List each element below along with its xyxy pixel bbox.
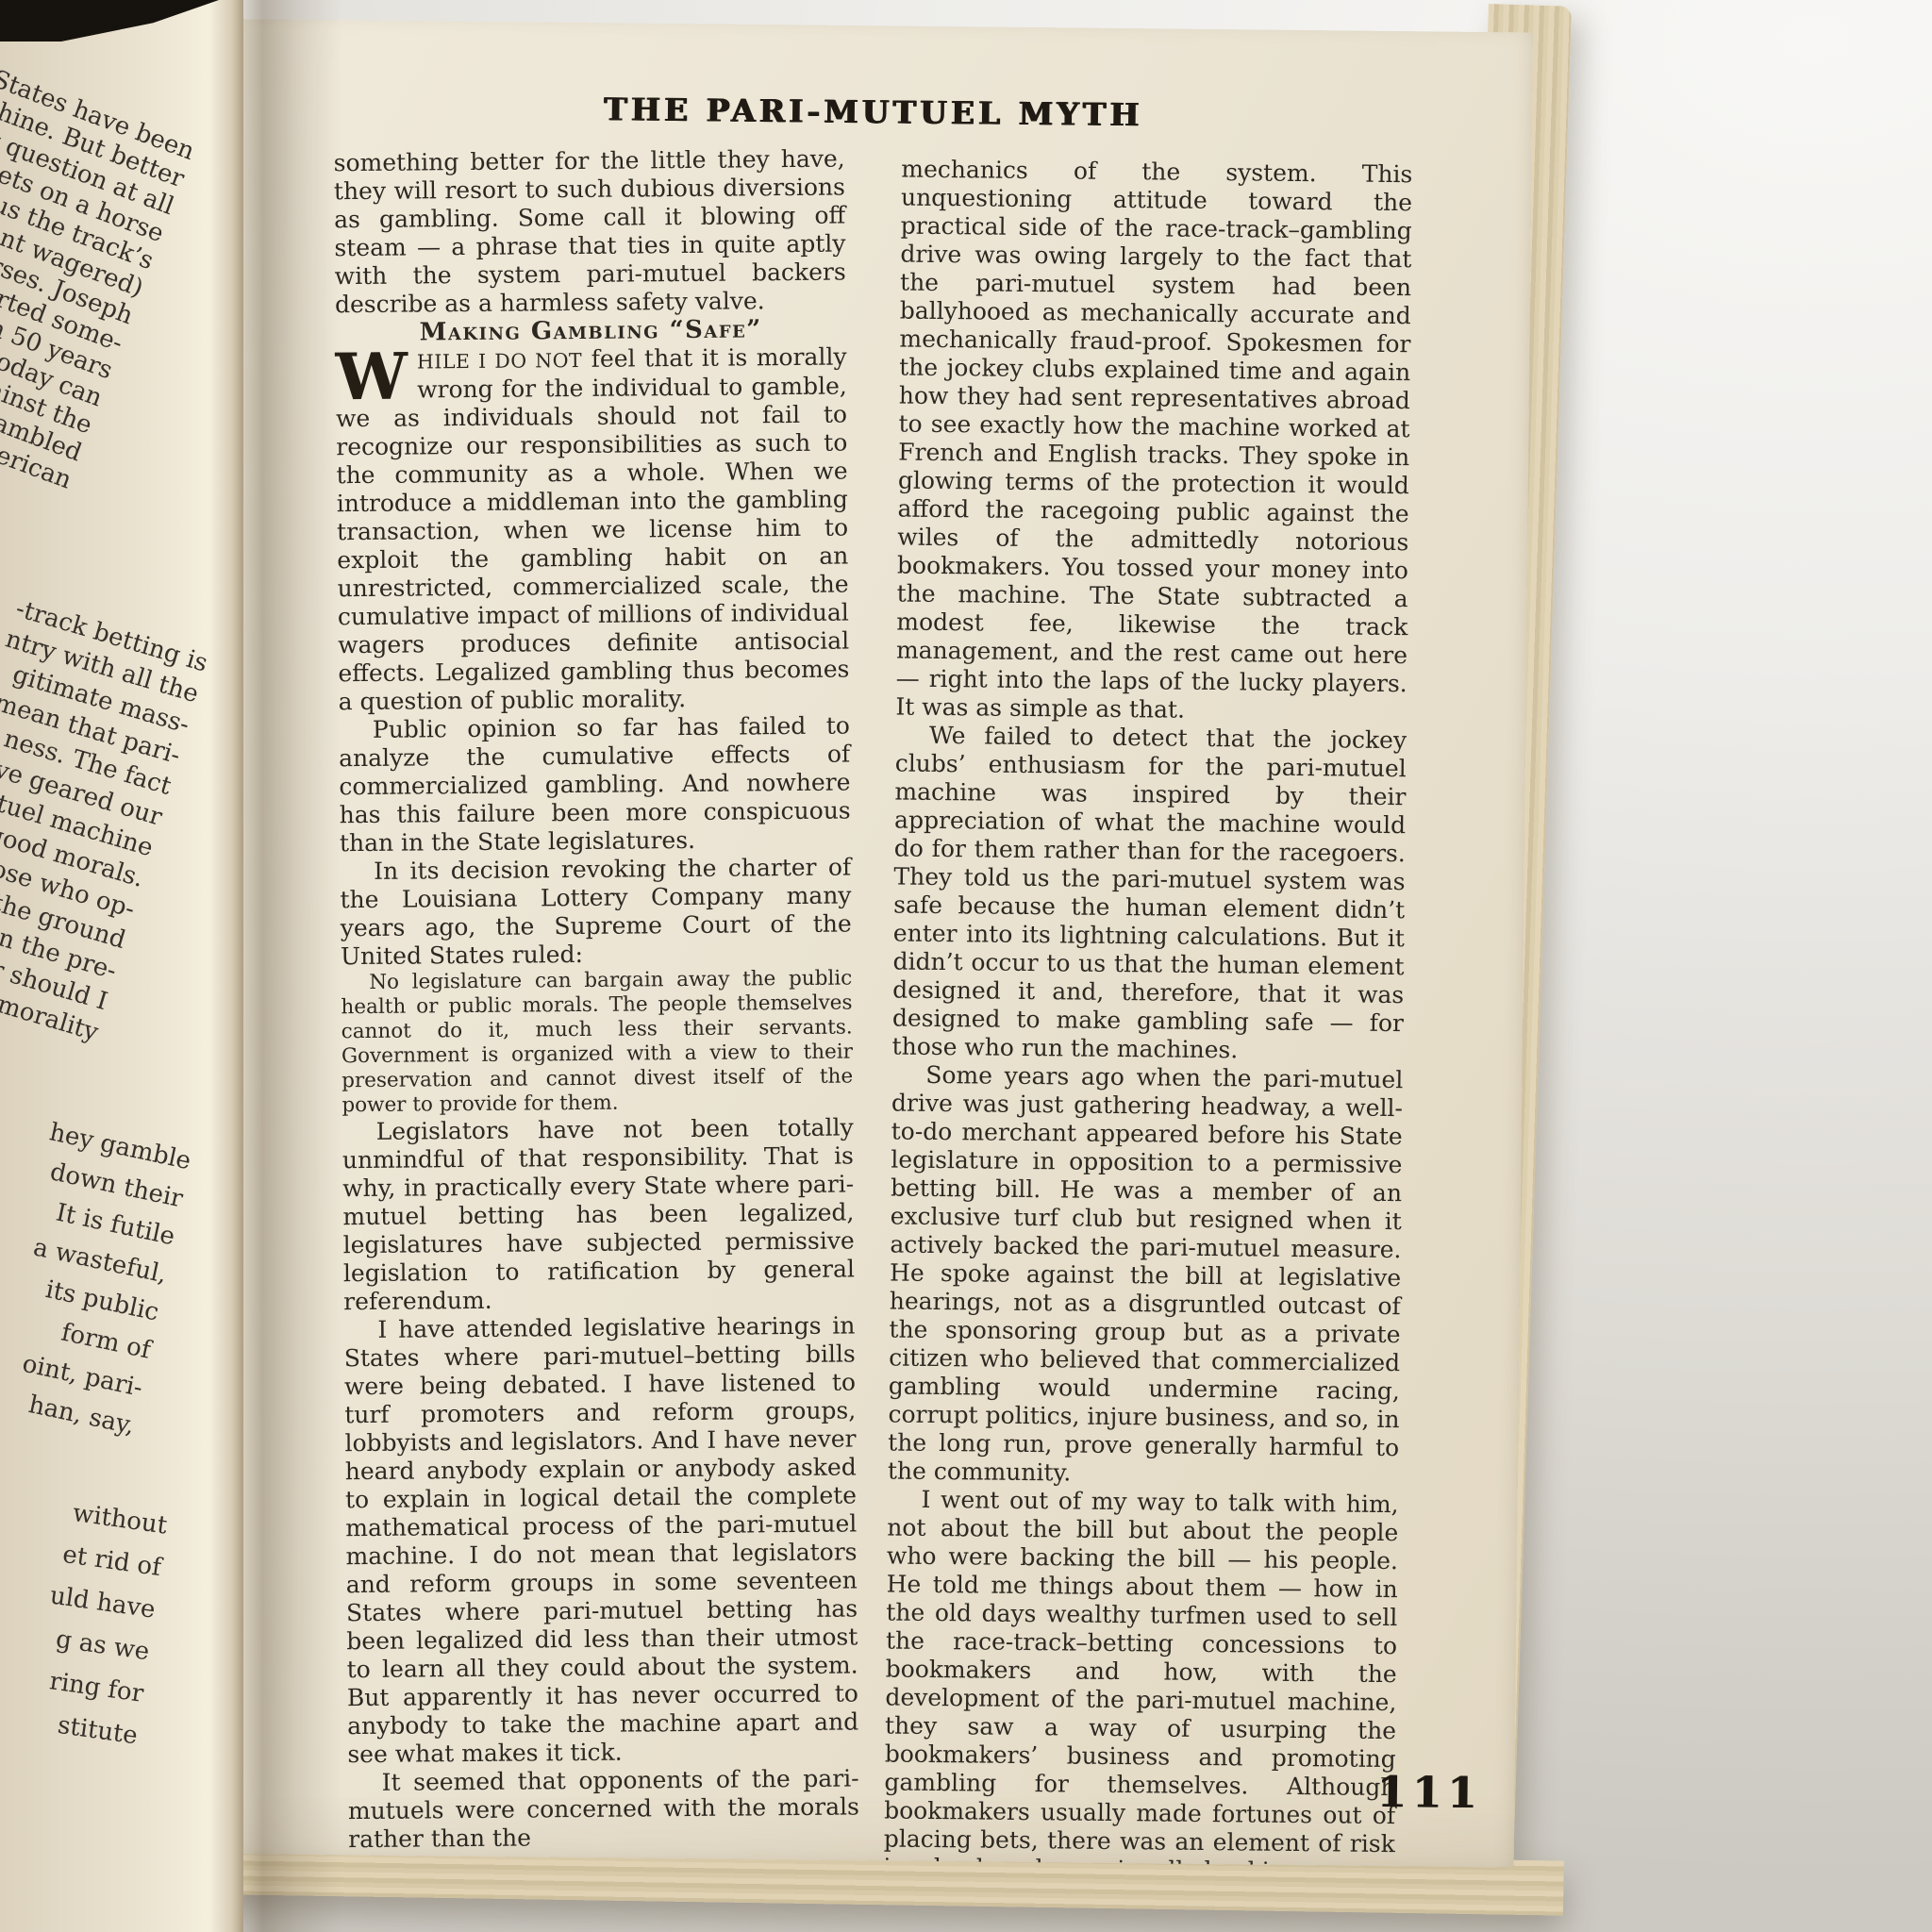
running-head: THE PARI-MUTUEL MYTH	[334, 88, 1413, 136]
paragraph: I went out of my way to talk with him, n…	[883, 1485, 1398, 1867]
paragraph: mechanics of the system. This unquestion…	[895, 156, 1412, 727]
paragraph: We failed to detect that the jockey club…	[891, 722, 1407, 1067]
paragraph: Public opinion so far has failed to anal…	[339, 711, 851, 858]
paragraph: Some years ago when the pari-mutuel driv…	[888, 1061, 1404, 1491]
previous-page-text-block: d States have been machine. But better r…	[0, 14, 198, 496]
drop-cap: W	[335, 346, 417, 402]
paragraph: I have attended legislative hearings in …	[343, 1311, 858, 1769]
paragraph: It seemed that opponents of the pari-mut…	[348, 1764, 860, 1854]
previous-page-text-block: hey gamble down their It is futile a was…	[0, 1071, 194, 1446]
previous-page-text-block: -track betting is ntry with all the giti…	[0, 547, 211, 1049]
right-column: mechanics of the system. This unquestion…	[883, 156, 1412, 1868]
blockquote: No legislature can bargain away the publ…	[341, 966, 853, 1118]
book-photo: THE PARI-MUTUEL MYTH something better fo…	[0, 0, 1932, 1932]
text-columns: something better for the little they hav…	[315, 149, 1412, 1867]
page-content: THE PARI-MUTUEL MYTH something better fo…	[203, 19, 1533, 1867]
small-caps-lead: hile I do not	[417, 349, 582, 374]
page-number: 111	[1376, 1767, 1482, 1818]
left-column: something better for the little they hav…	[334, 145, 860, 1868]
book-page: THE PARI-MUTUEL MYTH something better fo…	[203, 19, 1533, 1867]
paragraph-dropcap: While I do not feel that it is morally w…	[335, 343, 849, 717]
paragraph: something better for the little they hav…	[334, 145, 847, 320]
paragraph: Legislators have not been totally unmind…	[342, 1113, 856, 1316]
previous-page-text-block: without et rid of uld have g as we ring …	[0, 1459, 170, 1758]
curled-previous-page: d States have been machine. But better r…	[0, 0, 243, 1932]
paragraph: In its decision revoking the charter of …	[340, 853, 852, 971]
section-heading: Making Gambling “Safe”	[335, 315, 846, 348]
